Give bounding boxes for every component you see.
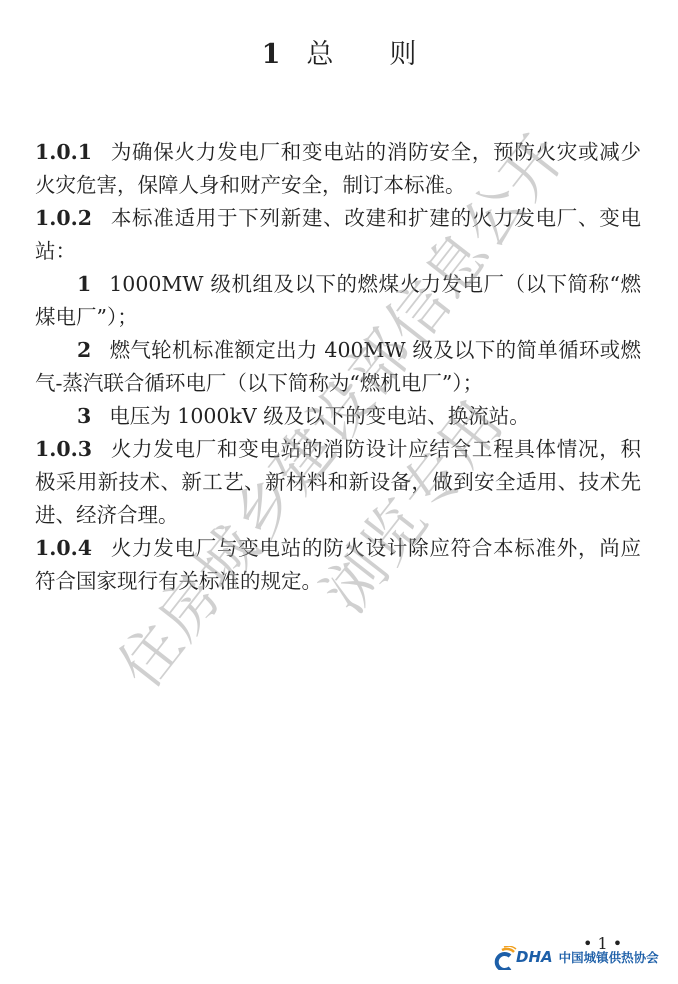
chda-logo-icon: [494, 946, 516, 968]
item-number: 3: [77, 404, 91, 428]
clause-1-0-1: 1.0.1为确保火力发电厂和变电站的消防安全，预防火灾或减少火灾危害，保障人身和…: [35, 136, 641, 202]
organization-name: 中国城镇供热协会: [559, 948, 659, 966]
chapter-title: 1总则: [0, 32, 678, 71]
chapter-title-word-2: 则: [389, 39, 416, 70]
clause-item-1: 11000MW 级机组及以下的燃煤火力发电厂（以下简称“燃煤电厂”）；: [35, 268, 641, 334]
chapter-number: 1: [262, 39, 281, 70]
clause-item-3: 3电压为 1000kV 级及以下的变电站、换流站。: [35, 400, 641, 433]
clause-1-0-2: 1.0.2本标准适用于下列新建、改建和扩建的火力发电厂、变电站：: [35, 202, 641, 268]
clause-item-2: 2燃气轮机标准额定出力 400MW 级及以下的简单循环或燃气-蒸汽联合循环电厂（…: [35, 334, 641, 400]
item-number: 2: [77, 338, 91, 362]
clause-text: 为确保火力发电厂和变电站的消防安全，预防火灾或减少火灾危害，保障人身和财产安全，…: [35, 140, 641, 197]
item-text: 燃气轮机标准额定出力 400MW 级及以下的简单循环或燃气-蒸汽联合循环电厂（以…: [35, 338, 641, 395]
clause-text: 火力发电厂和变电站的消防设计应结合工程具体情况，积极采用新技术、新工艺、新材料和…: [35, 437, 641, 527]
item-text: 电压为 1000kV 级及以下的变电站、换流站。: [109, 404, 529, 428]
clause-number: 1.0.2: [35, 206, 92, 230]
clause-text: 本标准适用于下列新建、改建和扩建的火力发电厂、变电站：: [35, 206, 641, 263]
clause-number: 1.0.3: [35, 437, 92, 461]
chda-logo: DHA 中国城镇供热协会: [494, 946, 659, 968]
item-number: 1: [77, 272, 91, 296]
clause-number: 1.0.4: [35, 536, 92, 560]
item-text: 1000MW 级机组及以下的燃煤火力发电厂（以下简称“燃煤电厂”）；: [35, 272, 641, 329]
clause-number: 1.0.1: [35, 140, 92, 164]
chapter-title-word-1: 总: [306, 39, 333, 70]
document-body: 1.0.1为确保火力发电厂和变电站的消防安全，预防火灾或减少火灾危害，保障人身和…: [35, 136, 641, 598]
clause-text: 火力发电厂与变电站的防火设计除应符合本标准外，尚应符合国家现行有关标准的规定。: [35, 536, 641, 593]
clause-1-0-4: 1.0.4火力发电厂与变电站的防火设计除应符合本标准外，尚应符合国家现行有关标准…: [35, 532, 641, 598]
clause-1-0-3: 1.0.3火力发电厂和变电站的消防设计应结合工程具体情况，积极采用新技术、新工艺…: [35, 433, 641, 532]
logo-text: DHA: [516, 948, 553, 966]
